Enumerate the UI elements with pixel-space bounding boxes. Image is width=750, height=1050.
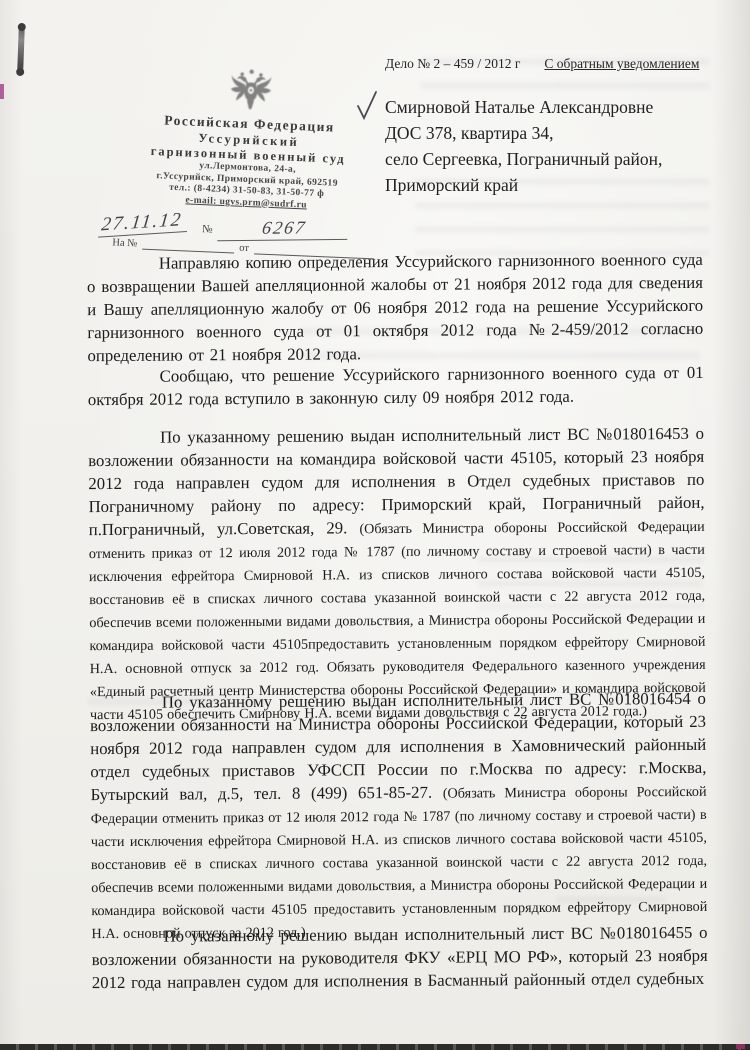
letter-body: Направляю копию определения Уссурийского… — [85, 0, 701, 2]
scan-bottom-edge — [0, 1044, 750, 1050]
case-header-row: Дело № 2 – 459 / 2012 гС обратным уведом… — [385, 56, 699, 72]
ref-prefix-label: На № — [112, 237, 137, 249]
recipient-address-block: Смирновой Наталье Александровне ДОС 378,… — [385, 94, 662, 198]
return-receipt-notice: С обратным уведомлением — [544, 56, 699, 71]
recipient-address-line: Приморский край — [385, 172, 662, 198]
body-paragraph-2: Сообщаю, что решение Уссурийского гарниз… — [88, 361, 704, 411]
number-sign-label: № — [202, 223, 213, 235]
body-paragraph-4: По указанному решению выдан исполнительн… — [90, 687, 708, 944]
body-paragraph-3: По указанному решению выдан исполнительн… — [88, 422, 706, 725]
binder-clip-mark — [17, 26, 25, 72]
document-page: Дело № 2 – 459 / 2012 гС обратным уведом… — [0, 0, 750, 1050]
handwritten-outgoing-number: 6267 — [217, 217, 351, 241]
handwritten-date: 27.11.12 — [98, 209, 190, 238]
body-paragraph-5: По указанному решению выдан исполнительн… — [91, 921, 707, 994]
body-paragraph-1: Направляю копию определения Уссурийского… — [87, 248, 704, 367]
court-letterhead: Российская Федерация Уссурийский гарнизо… — [112, 61, 384, 260]
recipient-address-line: село Сергеевка, Пограничный район, — [385, 146, 662, 172]
scan-edge-artifact-red — [736, 1044, 745, 1049]
case-number: Дело № 2 – 459 / 2012 г — [385, 56, 520, 71]
recipient-name: Смирновой Наталье Александровне — [385, 94, 662, 120]
scan-edge-artifact-magenta — [0, 84, 4, 99]
recipient-address-line: ДОС 378, квартира 34, — [385, 120, 662, 146]
paragraph-4-parenthetical-text: (Обязать Министра обороны Российской Фед… — [91, 784, 708, 942]
